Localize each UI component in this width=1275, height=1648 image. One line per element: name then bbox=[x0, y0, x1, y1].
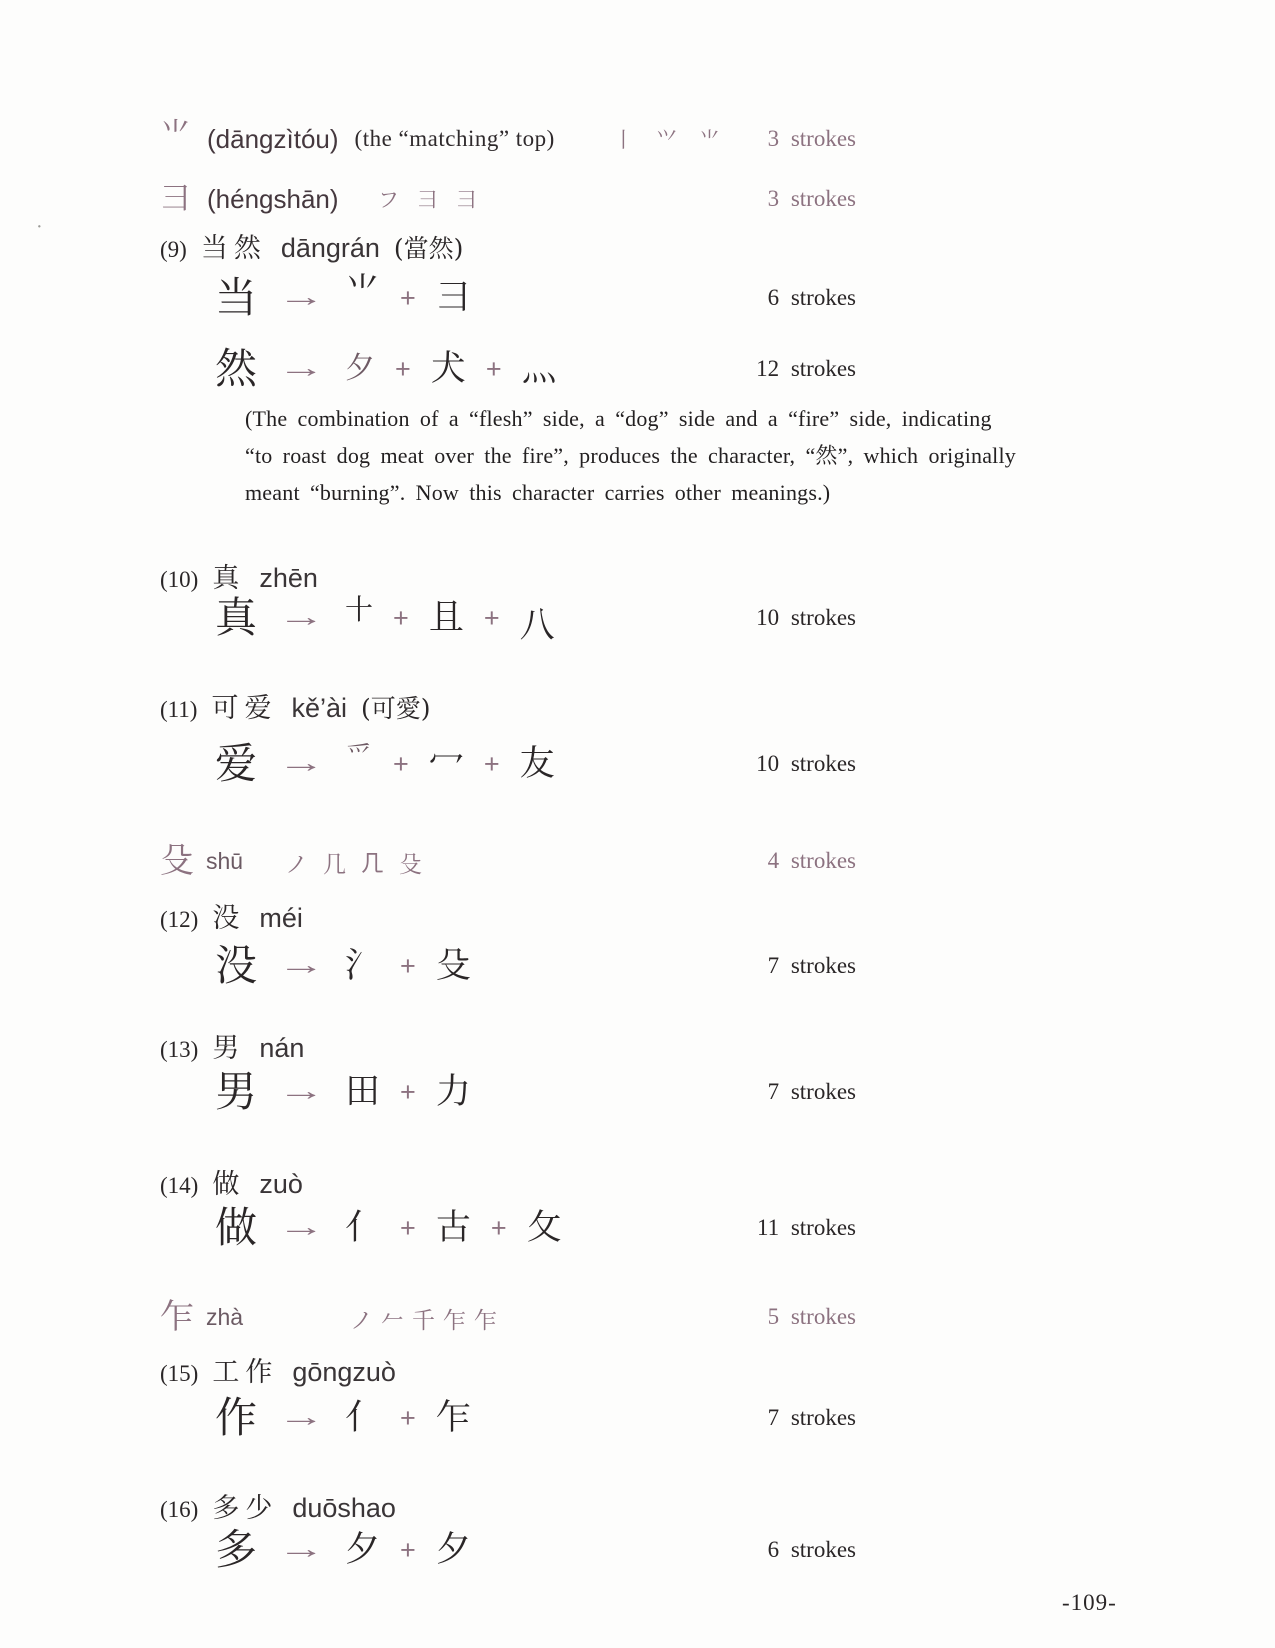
component-char: 力 bbox=[436, 1075, 471, 1110]
composition-row: 真 → 十 + 且 + 八 10 strokes bbox=[0, 590, 1275, 646]
entry-number: (16) bbox=[160, 1497, 198, 1523]
note-line: meant “burning”. Now this character carr… bbox=[245, 474, 1090, 511]
hanzi-char: 多 bbox=[215, 1529, 257, 1571]
plus-sign: + bbox=[400, 953, 416, 980]
radical-row-hengshan: 彐 (héngshān) フ ⺕ 彐 3 strokes bbox=[0, 176, 1275, 222]
entry-hanzi: 没 bbox=[212, 896, 245, 935]
component-char: 冖 bbox=[429, 747, 464, 782]
component-char: 亻 bbox=[345, 1211, 380, 1246]
composition-row: 多 → 夕 + 夕 6 strokes bbox=[0, 1522, 1275, 1578]
component-char: 夕 bbox=[345, 1533, 380, 1568]
hanzi-char: 真 bbox=[215, 597, 257, 639]
hanzi-char: 然 bbox=[215, 348, 257, 390]
component-char: 十 bbox=[345, 596, 373, 624]
composition-row: 爱 → 爫 + 冖 + 友 10 strokes bbox=[0, 736, 1275, 792]
stroke-step: ノ bbox=[350, 1302, 373, 1335]
strokes-label: 6 strokes bbox=[556, 285, 856, 311]
strokes-label: 3 strokes bbox=[556, 126, 856, 152]
entry-pinyin: dāngrán bbox=[281, 233, 380, 264]
entry-hanzi: 可爱 bbox=[211, 686, 277, 725]
stroke-step: 几 bbox=[323, 846, 346, 879]
radical-row-zha: 乍 zhà ノ 𠂉 千 乍 乍 5 strokes bbox=[0, 1294, 1275, 1340]
entry-pinyin: nán bbox=[259, 1033, 304, 1064]
note-line: “to roast dog meat over the fire”, produ… bbox=[245, 437, 1090, 474]
component-char: 彐 bbox=[436, 281, 471, 316]
component-char: 爫 bbox=[345, 742, 373, 770]
entry-traditional: (當然) bbox=[394, 229, 464, 265]
entry-hanzi: 多少 bbox=[212, 1486, 278, 1525]
entry-number: (14) bbox=[160, 1173, 198, 1199]
hanzi-char: 做 bbox=[215, 1207, 257, 1249]
radical-glyph: ⺌ bbox=[160, 120, 191, 151]
component-char: 犬 bbox=[431, 352, 466, 387]
entry-traditional: (可愛) bbox=[361, 689, 431, 725]
strokes-label: 11 strokes bbox=[556, 1215, 856, 1241]
radical-glyph: 殳 bbox=[160, 844, 194, 878]
entry-heading-12: (12) 没 méi bbox=[0, 896, 1275, 936]
entry-heading-9: (9) 当然 dāngrán (當然) bbox=[0, 226, 1275, 266]
radical-pinyin: (dāngzìtóu) bbox=[207, 124, 339, 155]
component-char: 夕 bbox=[345, 354, 375, 384]
arrow-icon: → bbox=[277, 1534, 325, 1566]
hanzi-char: 没 bbox=[215, 945, 257, 987]
radical-glyph: 彐 bbox=[160, 184, 191, 215]
stroke-order-diagram: ノ 几 𠘧 殳 bbox=[285, 846, 422, 879]
stroke-step: 千 bbox=[412, 1302, 435, 1335]
arrow-icon: → bbox=[277, 1212, 325, 1244]
strokes-label: 7 strokes bbox=[556, 1405, 856, 1431]
component-char: 田 bbox=[345, 1075, 380, 1110]
stroke-step: 彐 bbox=[456, 184, 477, 214]
component-char: ⺌ bbox=[345, 275, 380, 310]
entry-hanzi: 男 bbox=[212, 1026, 245, 1065]
composition-row: 男 → 田 + 力 7 strokes bbox=[0, 1064, 1275, 1120]
composition-row: 没 → 氵 + 殳 7 strokes bbox=[0, 938, 1275, 994]
page-number: -109- bbox=[1062, 1590, 1117, 1616]
entry-heading-13: (13) 男 nán bbox=[0, 1026, 1275, 1066]
entry-pinyin: méi bbox=[259, 903, 303, 934]
radical-row-shu: 殳 shū ノ 几 𠘧 殳 4 strokes bbox=[0, 838, 1275, 884]
plus-sign: + bbox=[400, 1079, 416, 1106]
strokes-label: 6 strokes bbox=[556, 1537, 856, 1563]
entry-heading-16: (16) 多少 duōshao bbox=[0, 1486, 1275, 1526]
strokes-label: 4 strokes bbox=[556, 848, 856, 874]
stroke-step: 乍 bbox=[443, 1302, 466, 1335]
hanzi-char: 爱 bbox=[215, 743, 257, 785]
strokes-label: 3 strokes bbox=[556, 186, 856, 212]
arrow-icon: → bbox=[277, 353, 325, 385]
radical-pinyin: (héngshān) bbox=[207, 184, 339, 215]
component-char: 乍 bbox=[436, 1401, 471, 1436]
entry-hanzi: 当然 bbox=[201, 226, 267, 265]
entry-heading-11: (11) 可爱 kě’ài (可愛) bbox=[0, 686, 1275, 726]
stroke-step: 殳 bbox=[399, 846, 422, 879]
radical-content: 彐 (héngshān) bbox=[160, 176, 339, 222]
component-char: 且 bbox=[429, 601, 464, 636]
stroke-step: 𠘧 bbox=[361, 849, 384, 877]
plus-sign: + bbox=[486, 356, 502, 383]
entry-heading-14: (14) 做 zuò bbox=[0, 1162, 1275, 1202]
component-char: 古 bbox=[436, 1211, 471, 1246]
radical-pinyin: zhà bbox=[206, 1304, 243, 1331]
entry-number: (12) bbox=[160, 907, 198, 933]
entry-heading-15: (15) 工作 gōngzuò bbox=[0, 1350, 1275, 1390]
plus-sign: + bbox=[400, 1215, 416, 1242]
plus-sign: + bbox=[484, 605, 500, 632]
plus-sign: + bbox=[395, 356, 411, 383]
entry-number: (15) bbox=[160, 1361, 198, 1387]
composition-row: 作 → 亻 + 乍 7 strokes bbox=[0, 1390, 1275, 1446]
entry-pinyin: zuò bbox=[259, 1169, 303, 1200]
explanation-paragraph: (The combination of a “flesh” side, a “d… bbox=[245, 400, 1090, 511]
plus-sign: + bbox=[484, 751, 500, 778]
strokes-label: 5 strokes bbox=[556, 1304, 856, 1330]
arrow-icon: → bbox=[277, 602, 325, 634]
radical-row-dangzitou: ⺌ (dāngzìtóu) (the “matching” top) 丨 ⺍ ⺌… bbox=[0, 116, 1275, 162]
component-char: 友 bbox=[520, 747, 555, 782]
entry-number: (11) bbox=[160, 697, 197, 723]
arrow-icon: → bbox=[277, 950, 325, 982]
plus-sign: + bbox=[400, 1537, 416, 1564]
strokes-label: 10 strokes bbox=[556, 751, 856, 777]
radical-pinyin: shū bbox=[206, 848, 243, 875]
stroke-order-diagram: フ ⺕ 彐 bbox=[378, 184, 477, 214]
component-char: 八 bbox=[520, 609, 555, 644]
note-line: (The combination of a “flesh” side, a “d… bbox=[245, 400, 1090, 437]
component-char: 氵 bbox=[345, 949, 380, 984]
plus-sign: + bbox=[393, 751, 409, 778]
arrow-icon: → bbox=[277, 1402, 325, 1434]
entry-hanzi: 工作 bbox=[212, 1350, 278, 1389]
strokes-label: 10 strokes bbox=[556, 605, 856, 631]
component-char: 亻 bbox=[345, 1401, 380, 1436]
strokes-label: 7 strokes bbox=[556, 1079, 856, 1105]
plus-sign: + bbox=[393, 605, 409, 632]
arrow-icon: → bbox=[277, 748, 325, 780]
radical-content: ⺌ (dāngzìtóu) (the “matching” top) bbox=[160, 116, 555, 162]
hanzi-char: 当 bbox=[215, 277, 257, 319]
component-char: 灬 bbox=[522, 352, 557, 387]
composition-row: 然 → 夕 + 犬 + 灬 12 strokes bbox=[0, 341, 1275, 397]
entry-number: (13) bbox=[160, 1037, 198, 1063]
arrow-icon: → bbox=[277, 282, 325, 314]
entry-pinyin: duōshao bbox=[292, 1493, 396, 1524]
radical-gloss: (the “matching” top) bbox=[355, 126, 555, 152]
composition-row: 当 → ⺌ + 彐 6 strokes bbox=[0, 270, 1275, 326]
textbook-page: · ⺌ (dāngzìtóu) (the “matching” top) 丨 ⺍… bbox=[0, 0, 1275, 1648]
strokes-label: 12 strokes bbox=[556, 356, 856, 382]
plus-sign: + bbox=[491, 1215, 507, 1242]
hanzi-char: 男 bbox=[215, 1071, 257, 1113]
plus-sign: + bbox=[400, 285, 416, 312]
stroke-step: 乍 bbox=[474, 1302, 497, 1335]
stroke-step: 𠂉 bbox=[381, 1302, 404, 1335]
entry-hanzi: 做 bbox=[212, 1162, 245, 1201]
plus-sign: + bbox=[400, 1405, 416, 1432]
strokes-label: 7 strokes bbox=[556, 953, 856, 979]
arrow-icon: → bbox=[277, 1076, 325, 1108]
entry-pinyin: kě’ài bbox=[291, 693, 347, 724]
radical-glyph: 乍 bbox=[160, 1300, 194, 1334]
stroke-order-diagram: ノ 𠂉 千 乍 乍 bbox=[350, 1302, 497, 1335]
stroke-step: ⺕ bbox=[417, 184, 438, 214]
composition-row: 做 → 亻 + 古 + 攵 11 strokes bbox=[0, 1200, 1275, 1256]
stroke-step: ノ bbox=[285, 846, 308, 879]
component-char: 夕 bbox=[436, 1533, 471, 1568]
component-char: 殳 bbox=[436, 949, 471, 984]
entry-pinyin: gōngzuò bbox=[292, 1357, 396, 1388]
hanzi-char: 作 bbox=[215, 1397, 257, 1439]
entry-number: (9) bbox=[160, 237, 187, 263]
stroke-step: フ bbox=[378, 184, 399, 214]
